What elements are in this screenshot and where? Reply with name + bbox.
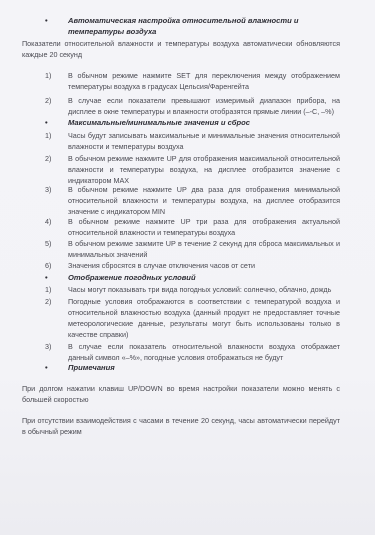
item-number: 3)	[45, 341, 51, 352]
heading-text: Максимальные/минимальные значения и сбро…	[68, 117, 348, 128]
item-text: В обычном режиме нажмите UP три раза для…	[68, 216, 340, 238]
heading-text: Примечания	[68, 362, 348, 373]
item-number: 2)	[45, 153, 51, 164]
item-text: В обычном режиме нажмите SET для переклю…	[68, 70, 340, 92]
item-number: 2)	[45, 95, 51, 106]
item-text: В обычном режиме нажмите UP два раза для…	[68, 184, 340, 217]
item-text: В обычном режиме нажмите UP для отображе…	[68, 153, 340, 186]
bullet-icon: •	[45, 272, 48, 283]
item-text: В случае если показатель относительной в…	[68, 341, 340, 363]
bullet-icon: •	[45, 15, 48, 26]
item-text: В случае если показатели превышают измер…	[68, 95, 340, 117]
item-number: 6)	[45, 260, 51, 271]
item-text: Погодные условия отображаются в соответс…	[68, 296, 340, 340]
item-number: 1)	[45, 284, 51, 295]
item-number: 2)	[45, 296, 51, 307]
item-number: 5)	[45, 238, 51, 249]
item-text: Значения сбросятся в случае отключения ч…	[68, 260, 340, 271]
bullet-icon: •	[45, 117, 48, 128]
item-text: Часы могут показывать три вида погодных …	[68, 284, 340, 295]
item-number: 1)	[45, 70, 51, 81]
item-text: Часы будут записывать максимальные и мин…	[68, 130, 340, 152]
item-text: В обычном режиме зажмите UP в течение 2 …	[68, 238, 340, 260]
heading-text: Отображение погодных условий	[68, 272, 348, 283]
document-page: • Автоматическая настройка относительной…	[0, 0, 375, 535]
heading-text: Автоматическая настройка относительной в…	[68, 15, 348, 37]
item-number: 4)	[45, 216, 51, 227]
note-paragraph: При отсутствии взаимодействия с часами в…	[22, 415, 340, 437]
item-number: 1)	[45, 130, 51, 141]
bullet-icon: •	[45, 362, 48, 373]
note-paragraph: При долгом нажатии клавиш UP/DOWN во вре…	[22, 383, 340, 405]
item-number: 3)	[45, 184, 51, 195]
intro-paragraph: Показатели относительной влажности и тем…	[22, 38, 340, 60]
